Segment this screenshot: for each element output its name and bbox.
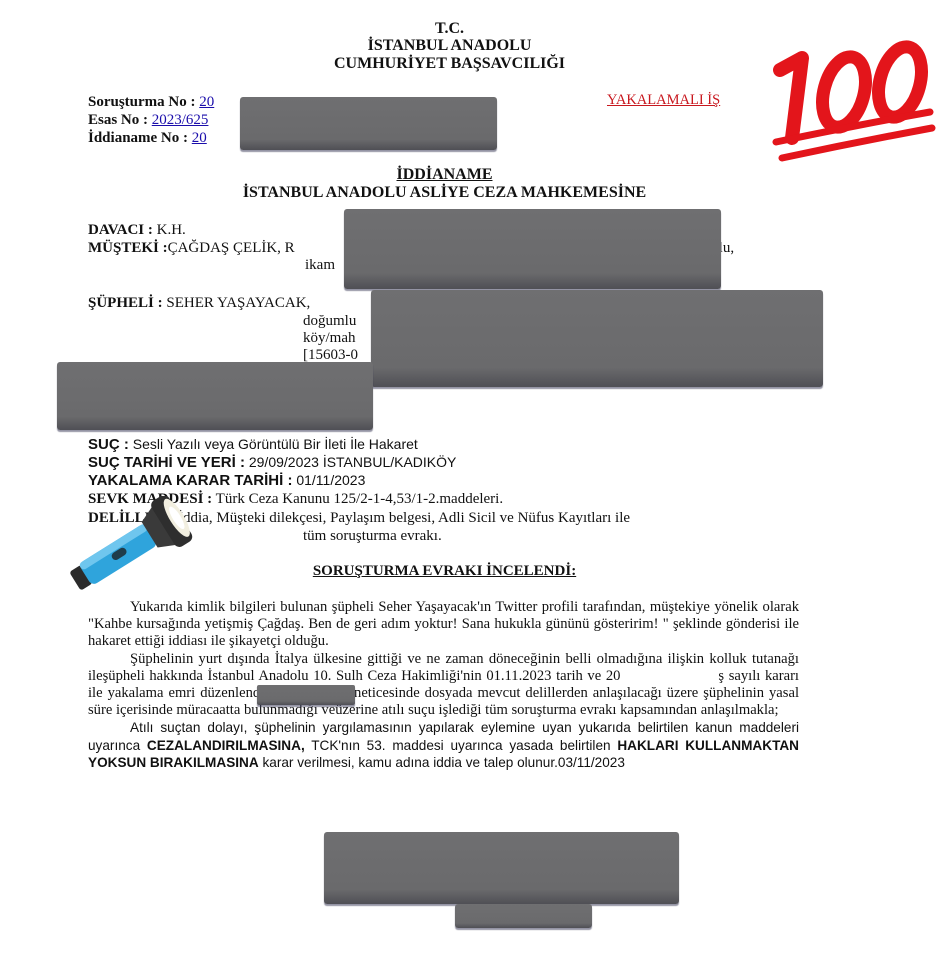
redaction-box-complainant (344, 209, 721, 289)
iddianame-link[interactable]: 20 (192, 130, 207, 146)
paragraph-arrest: Şüphelinin yurt dışında İtalya ülkesine … (88, 651, 799, 720)
sorusturma-label: Soruşturma No : (88, 94, 196, 110)
supheli-line2: doğumlu (303, 313, 356, 330)
supheli-value: SEHER YAŞAYACAK, (166, 295, 310, 311)
redaction-box-suspect-id (57, 362, 373, 430)
yakalama-label: YAKALAMA KARAR TARİHİ : (88, 472, 292, 489)
esas-no: Esas No : 2023/625 (88, 111, 208, 129)
document-type-title: İDDİANAME (0, 166, 919, 184)
yakalama-value: 01/11/2023 (296, 472, 365, 488)
suc-tarihi-value: 29/09/2023 İSTANBUL/KADIKÖY (249, 454, 457, 470)
redaction-box-signature-tab (455, 904, 592, 928)
supheli-row: ŞÜPHELİ : SEHER YAŞAYACAK, (88, 295, 310, 312)
davaci-row: DAVACI : K.H. (88, 222, 186, 239)
supheli-label: ŞÜPHELİ : (88, 295, 163, 311)
suc-value: Sesli Yazılı veya Görüntülü Bir İleti İl… (133, 436, 418, 452)
redaction-box-case-numbers (240, 97, 497, 150)
iddianame-no: İddianame No : 20 (88, 129, 207, 147)
sevk-value: Türk Ceza Kanunu 125/2-1-4,53/1-2.maddel… (216, 491, 503, 507)
musteki-row: MÜŞTEKİ :ÇAĞDAŞ ÇELİK, R (88, 240, 295, 257)
davaci-value: K.H. (157, 222, 186, 238)
deliller-value: İddia, Müşteki dilekçesi, Paylaşım belge… (178, 510, 630, 526)
esas-link[interactable]: 2023/625 (152, 112, 209, 128)
deliller-line2: tüm soruşturma evrakı. (303, 528, 442, 545)
paragraph-complaint: Yukarıda kimlik bilgileri bulunan şüphel… (88, 599, 799, 651)
court-title: İSTANBUL ANADOLU ASLİYE CEZA MAHKEMESİNE (0, 184, 919, 202)
sorusturma-link[interactable]: 20 (199, 94, 214, 110)
redaction-box-signature (324, 832, 679, 904)
paragraph-request: Atılı suçtan dolayı, şüphelinin yargılam… (88, 719, 799, 771)
hundred-points-icon (762, 30, 942, 170)
sorusturma-no: Soruşturma No : 20 (88, 93, 214, 111)
yakalamali-is-label: YAKALAMALI İŞ (607, 92, 720, 109)
flashlight-icon (58, 496, 208, 591)
musteki-label: MÜŞTEKİ : (88, 240, 168, 256)
suc-row: SUÇ : Sesli Yazılı veya Görüntülü Bir İl… (88, 436, 418, 453)
davaci-label: DAVACI : (88, 222, 153, 238)
suc-tarihi-label: SUÇ TARİHİ VE YERİ : (88, 454, 245, 471)
body-text: Yukarıda kimlik bilgileri bulunan şüphel… (88, 599, 799, 771)
suc-label: SUÇ : (88, 436, 129, 453)
suc-tarihi-row: SUÇ TARİHİ VE YERİ : 29/09/2023 İSTANBUL… (88, 454, 456, 471)
yakalama-row: YAKALAMA KARAR TARİHİ : 01/11/2023 (88, 472, 365, 489)
redaction-box-suspect (371, 290, 823, 387)
redaction-box-decision-no (257, 685, 355, 705)
musteki-line2: ikam (305, 257, 335, 274)
musteki-value: ÇAĞDAŞ ÇELİK, R (168, 240, 295, 256)
supheli-line3: köy/mah (303, 330, 356, 347)
esas-label: Esas No : (88, 112, 148, 128)
iddianame-label: İddianame No : (88, 130, 188, 146)
